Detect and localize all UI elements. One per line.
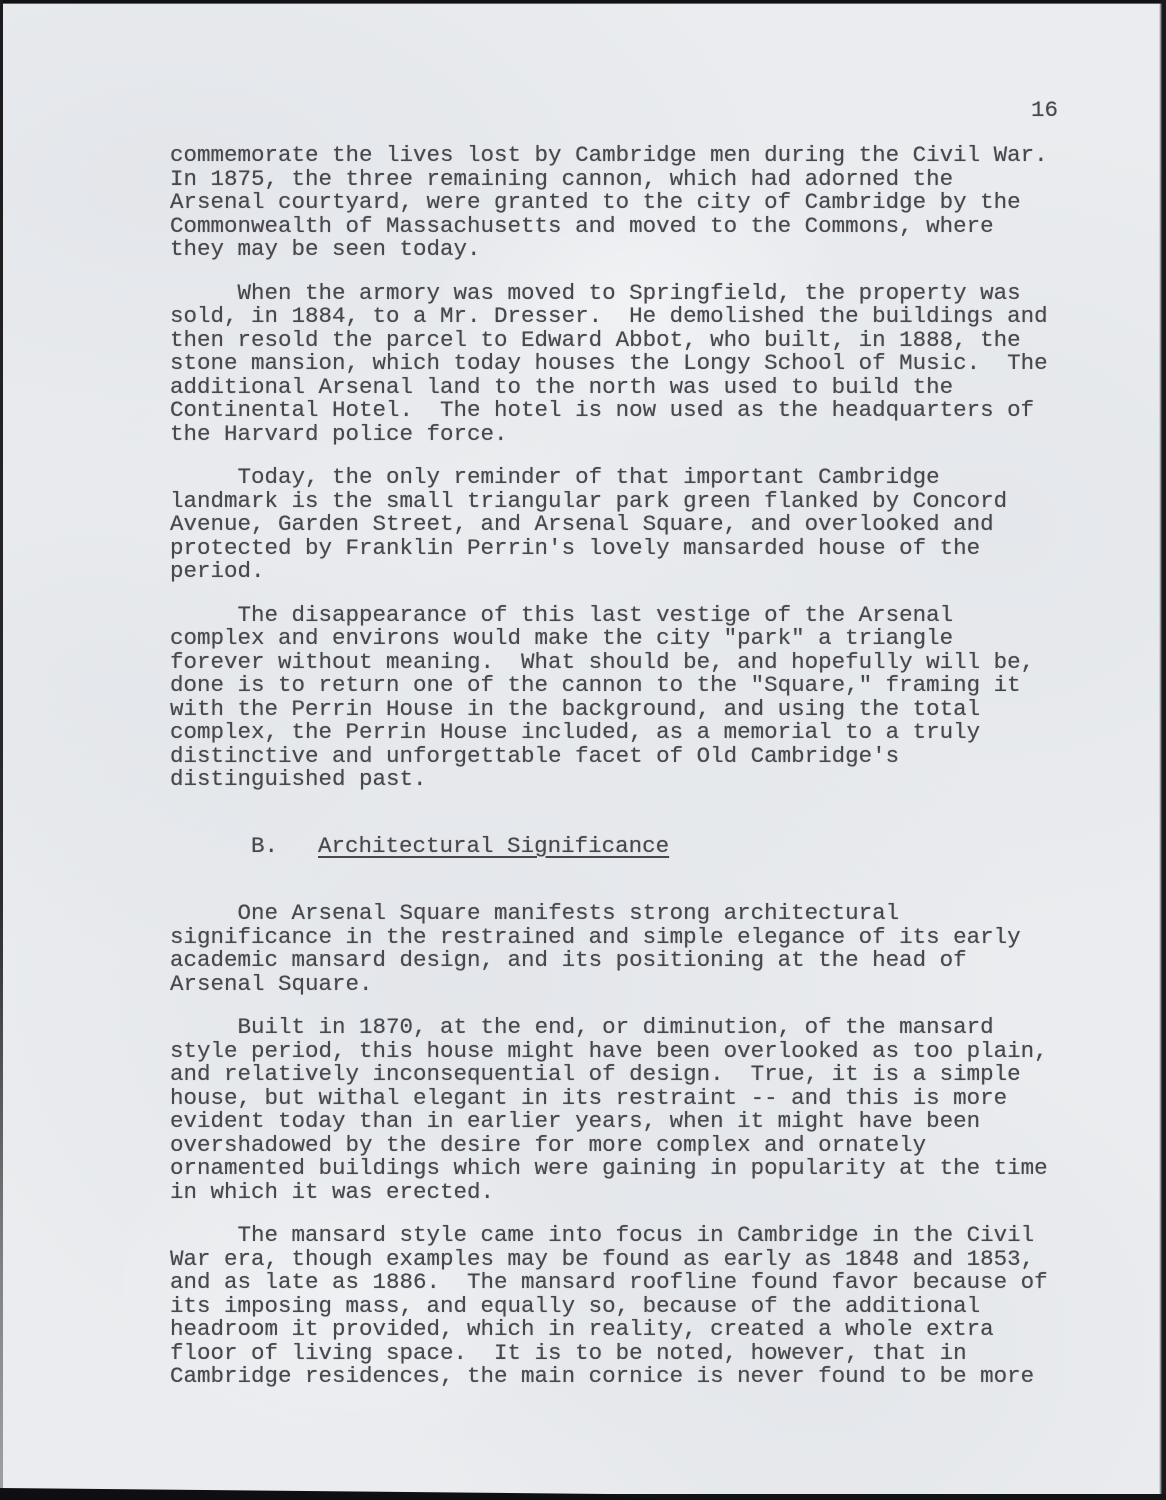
scan-edge-left [0,0,3,1500]
page-number: 16 [1031,99,1058,123]
paragraph-built-1870: Built in 1870, at the end, or diminution… [170,1016,1070,1204]
scan-edge-top [0,0,1166,4]
scanned-document-page: 16 commemorate the lives lost by Cambrid… [0,0,1166,1500]
section-heading: B.Architectural Significance [170,812,1070,883]
section-heading-label: B. [251,833,278,859]
section-heading-title: Architectural Significance [318,833,669,859]
document-body: commemorate the lives lost by Cambridge … [170,144,1070,1389]
paragraph-disappearance: The disappearance of this last vestige o… [170,604,1070,792]
paragraph-today-reminder: Today, the only reminder of that importa… [170,466,1070,584]
scan-edge-bottom-left [0,1488,660,1500]
paragraph-one-arsenal-square: One Arsenal Square manifests strong arch… [170,902,1070,996]
paragraph-civil-war-cannon: commemorate the lives lost by Cambridge … [170,144,1070,262]
paragraph-mansard-style: The mansard style came into focus in Cam… [170,1224,1070,1389]
scan-edge-right [1159,0,1166,1500]
paragraph-armory-springfield: When the armory was moved to Springfield… [170,282,1070,447]
